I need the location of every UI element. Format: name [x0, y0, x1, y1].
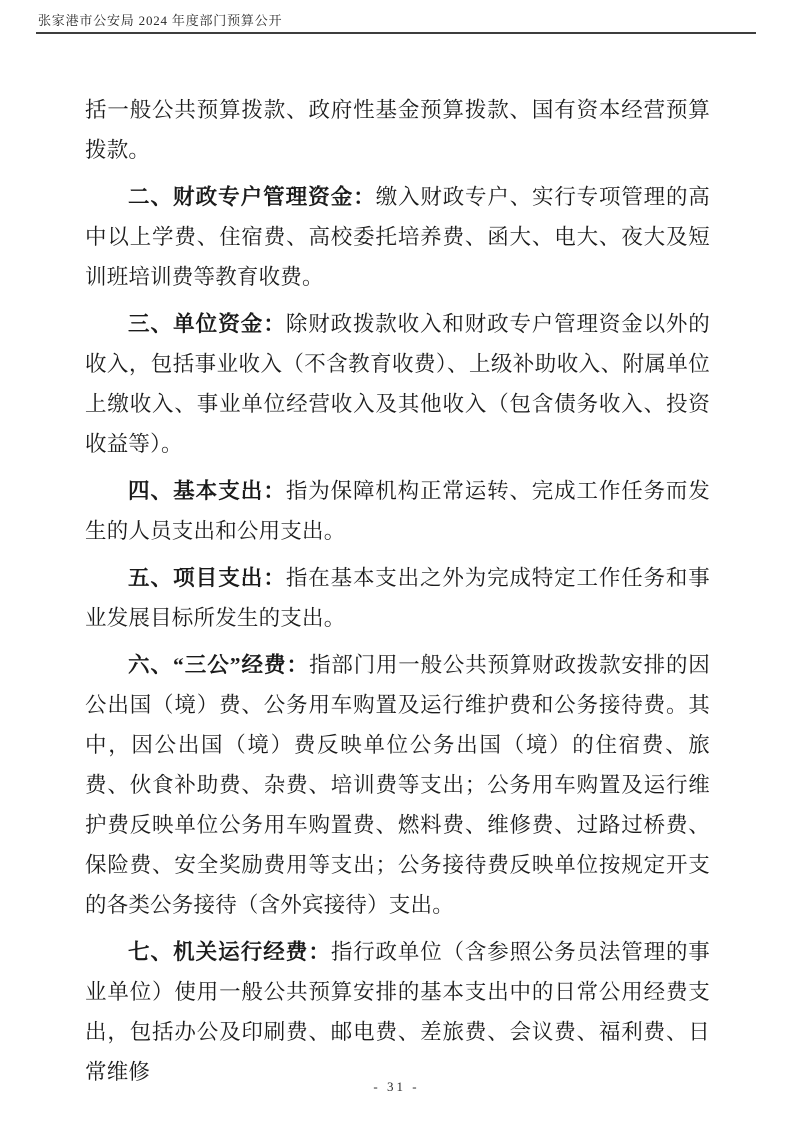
page-header: 张家港市公安局 2024 年度部门预算公开 — [36, 10, 756, 34]
term-label: 三、单位资金： — [128, 312, 286, 336]
term-label: 四、基本支出： — [128, 479, 286, 503]
paragraph: 二、财政专户管理资金：缴入财政专户、实行专项管理的高中以上学费、住宿费、高校委托… — [85, 177, 710, 297]
term-label: 六、“三公”经费： — [128, 653, 309, 677]
paragraph: 括一般公共预算拨款、政府性基金预算拨款、国有资本经营预算拨款。 — [85, 90, 710, 170]
paragraph-text: 括一般公共预算拨款、政府性基金预算拨款、国有资本经营预算拨款。 — [85, 98, 710, 162]
paragraph: 七、机关运行经费：指行政单位（含参照公务员法管理的事业单位）使用一般公共预算安排… — [85, 932, 710, 1092]
paragraph: 五、项目支出：指在基本支出之外为完成特定工作任务和事业发展目标所发生的支出。 — [85, 558, 710, 638]
document-page: 张家港市公安局 2024 年度部门预算公开 括一般公共预算拨款、政府性基金预算拨… — [0, 0, 793, 1122]
term-label: 七、机关运行经费： — [128, 940, 331, 964]
paragraph: 三、单位资金：除财政拨款收入和财政专户管理资金以外的收入，包括事业收入（不含教育… — [85, 304, 710, 464]
paragraph: 四、基本支出：指为保障机构正常运转、完成工作任务而发生的人员支出和公用支出。 — [85, 471, 710, 551]
paragraph: 六、“三公”经费：指部门用一般公共预算财政拨款安排的因公出国（境）费、公务用车购… — [85, 645, 710, 925]
term-label: 五、项目支出： — [128, 566, 286, 590]
term-label: 二、财政专户管理资金： — [128, 185, 376, 209]
header-title: 张家港市公安局 2024 年度部门预算公开 — [36, 10, 756, 32]
paragraph-text: 指部门用一般公共预算财政拨款安排的因公出国（境）费、公务用车购置及运行维护费和公… — [85, 653, 710, 917]
page-number: - 31 - — [373, 1079, 419, 1094]
document-body: 括一般公共预算拨款、政府性基金预算拨款、国有资本经营预算拨款。二、财政专户管理资… — [85, 90, 710, 1099]
page-footer: - 31 - — [0, 1078, 793, 1096]
header-rule — [36, 32, 756, 34]
